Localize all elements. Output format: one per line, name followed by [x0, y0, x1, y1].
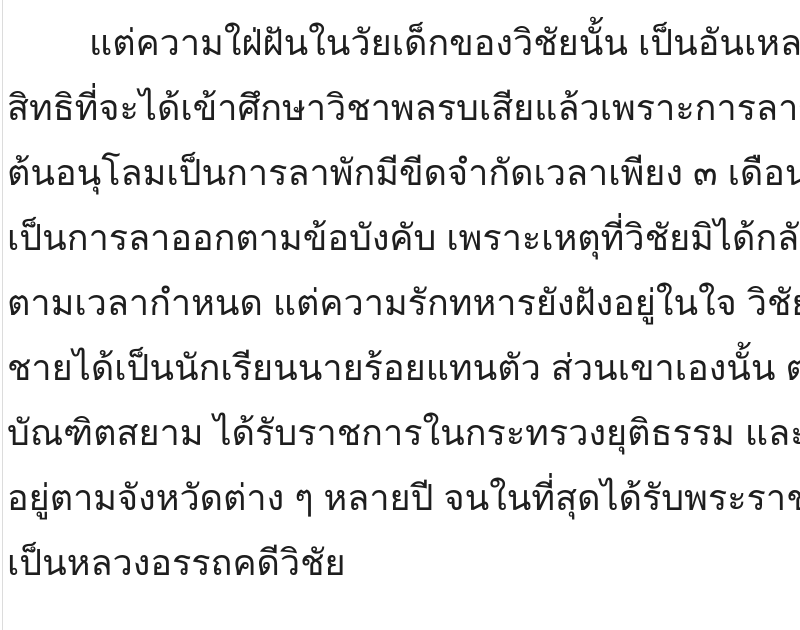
paragraph-line: เป็นการลาออกตามข้อบังคับ เพราะเหตุที่วิช…: [7, 205, 795, 270]
paragraph-line: ชายได้เป็นนักเรียนนายร้อยแทนตัว ส่วนเขาเ…: [7, 335, 795, 400]
paragraph-line: ตามเวลากำหนด แต่ความรักทหารยังฝังอยู่ในใ…: [7, 270, 795, 335]
paragraph-line: สิทธิที่จะได้เข้าศึกษาวิชาพลรบเสียแล้วเพ…: [7, 75, 795, 140]
paragraph-line: แต่ความใฝ่ฝันในวัยเด็กของวิชัยนั้น เป็นอ…: [7, 10, 795, 75]
paragraph-line: เป็นหลวงอรรถคดีวิชัย: [7, 530, 795, 595]
paragraph-line: ต้นอนุโลมเป็นการลาพักมีขีดจำกัดเวลาเพียง…: [7, 140, 795, 205]
thai-paragraph: แต่ความใฝ่ฝันในวัยเด็กของวิชัยนั้น เป็นอ…: [7, 10, 795, 595]
paragraph-line: บัณฑิตสยาม ได้รับราชการในกระทรวงยุติธรรม…: [7, 400, 795, 465]
paragraph-line: อยู่ตามจังหวัดต่าง ๆ หลายปี จนในที่สุดได…: [7, 465, 795, 530]
document-page: แต่ความใฝ่ฝันในวัยเด็กของวิชัยนั้น เป็นอ…: [0, 0, 800, 630]
scan-edge-artifact: [2, 0, 3, 630]
